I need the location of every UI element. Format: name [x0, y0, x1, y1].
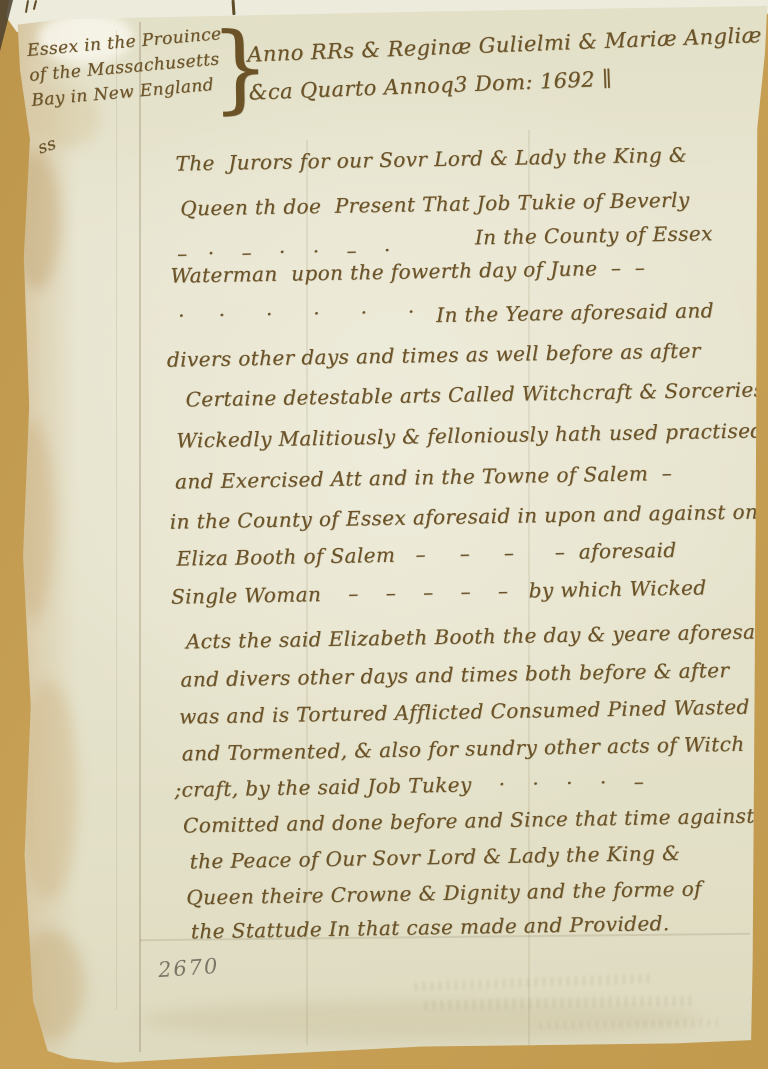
manuscript-line: In the Yeare aforesaid and — [436, 298, 714, 327]
manuscript-line: in the County of Essex aforesaid in upon… — [170, 499, 768, 533]
manuscript-line: The Jurors for our Sovr Lord & Lady the … — [175, 143, 687, 176]
catalog-number: 2670 — [157, 954, 220, 982]
handwriting-layer: Essex in the Prouince of the Massachuset… — [0, 0, 768, 1069]
manuscript-line: the Stattude In that case made and Provi… — [191, 911, 670, 943]
manuscript-line: Comitted and done before and Since that … — [183, 804, 755, 838]
manuscript-line: Eliza Booth of Salem – – – – aforesaid — [176, 538, 676, 571]
manuscript-photo: Essex in the Prouince of the Massachuset… — [0, 0, 768, 1069]
manuscript-line: In the County of Essex — [475, 221, 713, 249]
manuscript-page: Essex in the Prouince of the Massachuset… — [0, 0, 768, 1069]
manuscript-line: was and is Tortured Afflicted Consumed P… — [179, 695, 750, 729]
manuscript-line: divers other days and times as well befo… — [167, 338, 701, 371]
manuscript-line: Wickedly Malitiously & felloniously hath… — [176, 418, 764, 452]
regnal-year-heading: Anno RRs & Reginæ Gulielmi & Mariæ Angli… — [247, 16, 764, 112]
manuscript-line: the Peace of Our Sovr Lord & Lady the Ki… — [189, 841, 680, 874]
manuscript-line: and divers other days and times both bef… — [180, 658, 729, 692]
manuscript-line: · · · · · · — [178, 299, 415, 327]
jurisdiction-heading: Essex in the Prouince of the Massachuset… — [26, 22, 229, 139]
manuscript-line: and Tormented, & also for sundry other a… — [182, 732, 745, 766]
manuscript-line: Queen th doe Present That Job Tukie of B… — [180, 188, 690, 221]
manuscript-line: Acts the said Elizabeth Booth the day & … — [186, 619, 768, 653]
manuscript-line: and Exercised Att and in the Towne of Sa… — [175, 461, 672, 494]
manuscript-line: ;craft, by the said Job Tukey · · · · – — [174, 769, 644, 801]
manuscript-line: Certaine detestable arts Called Witchcra… — [185, 377, 764, 411]
manuscript-line: Single Woman – – – – – by which Wicked — [171, 575, 707, 608]
manuscript-line: Queen theire Crowne & Dignity and the fo… — [186, 877, 702, 910]
